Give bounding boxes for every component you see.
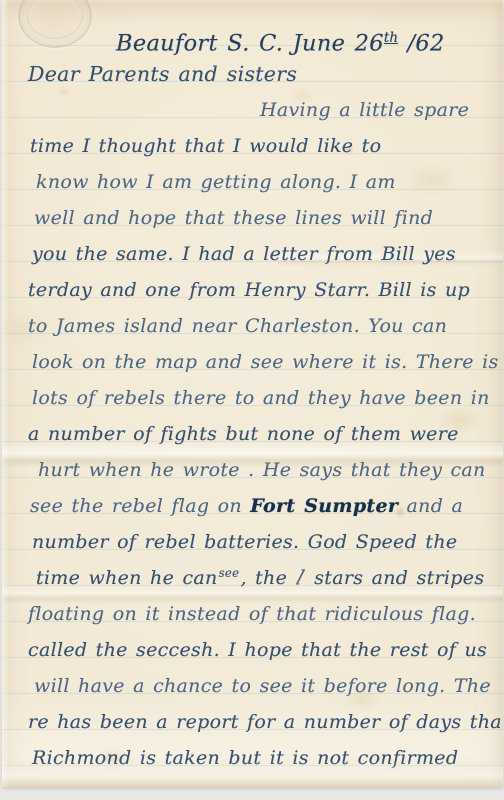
text-segment: see the rebel flag on [30, 495, 250, 517]
text-segment: , the [240, 567, 295, 589]
letter-line: called the seccesh. I hope that the rest… [28, 632, 493, 668]
text-segment: stars and stripes [306, 567, 485, 589]
paper-left-edge [2, 0, 9, 787]
text-segment: re has been a report for a number of day… [28, 711, 503, 733]
text-segment: Richmond is taken but it is not confirme… [32, 747, 458, 769]
letter-lines: Beaufort S. C. June 26th /62Dear Parents… [28, 20, 493, 776]
letter-line: hurt when he wrote . He says that they c… [38, 452, 493, 488]
text-segment: called the seccesh. I hope that the rest… [28, 639, 487, 661]
letter-line: terday and one from Henry Starr. Bill is… [28, 272, 493, 308]
text-segment: terday and one from Henry Starr. Bill is… [28, 279, 470, 301]
text-segment: floating on it instead of that ridiculou… [28, 603, 476, 625]
letter-line: time I thought that I would like to [30, 128, 493, 164]
text-segment: will have a chance to see it before long… [34, 675, 491, 697]
text-segment: time I thought that I would like to [30, 135, 381, 157]
letter-line: re has been a report for a number of day… [28, 704, 493, 740]
letter-line: to James island near Charleston. You can [28, 308, 493, 344]
letter-line: you the same. I had a letter from Bill y… [32, 236, 493, 272]
text-segment: Having a little spare [260, 99, 469, 121]
text-segment: Beaufort S. C. June 26 [116, 31, 384, 57]
text-segment: and a [398, 495, 463, 517]
text-segment: well and hope that these lines will find [34, 207, 433, 229]
text-segment: number of rebel batteries. God Speed the [32, 531, 457, 553]
scan-background: Beaufort S. C. June 26th /62Dear Parents… [0, 0, 504, 800]
text-segment: th [384, 30, 398, 46]
letter-line: Richmond is taken but it is not confirme… [32, 740, 493, 776]
text-segment: lots of rebels there to and they have be… [32, 387, 490, 409]
letter-line: time when he cansee, the l stars and str… [36, 560, 493, 596]
letter-line: look on the map and see where it is. The… [32, 344, 493, 380]
letter-line: floating on it instead of that ridiculou… [28, 596, 493, 632]
inserted-word: see [219, 566, 240, 580]
text-segment: look on the map and see where it is. The… [32, 351, 499, 373]
letter-paper: Beaufort S. C. June 26th /62Dear Parents… [2, 0, 503, 787]
letter-line: will have a chance to see it before long… [34, 668, 493, 704]
letter-salutation: Dear Parents and sisters [28, 56, 493, 92]
text-segment: hurt when he wrote . He says that they c… [38, 459, 486, 481]
letter-line: number of rebel batteries. God Speed the [32, 524, 493, 560]
letter-line: see the rebel flag on Fort Sumpter and a [30, 488, 493, 524]
text-segment: Fort Sumpter [250, 495, 398, 517]
text-segment: a number of fights but none of them were [28, 423, 459, 445]
text-segment: time when he can [36, 567, 218, 589]
letter-line: a number of fights but none of them were [28, 416, 493, 452]
letter-line: Having a little spare [260, 92, 493, 128]
text-segment: you the same. I had a letter from Bill y… [32, 243, 456, 265]
letter-line: well and hope that these lines will find [34, 200, 493, 236]
text-segment: know how I am getting along. I am [36, 171, 396, 193]
text-segment: Dear Parents and sisters [28, 62, 297, 86]
letter-line: know how I am getting along. I am [36, 164, 493, 200]
letter-dateline: Beaufort S. C. June 26th /62 [116, 20, 493, 56]
text-segment: /62 [398, 31, 445, 57]
text-segment: to James island near Charleston. You can [28, 315, 447, 337]
letter-line: lots of rebels there to and they have be… [32, 380, 493, 416]
